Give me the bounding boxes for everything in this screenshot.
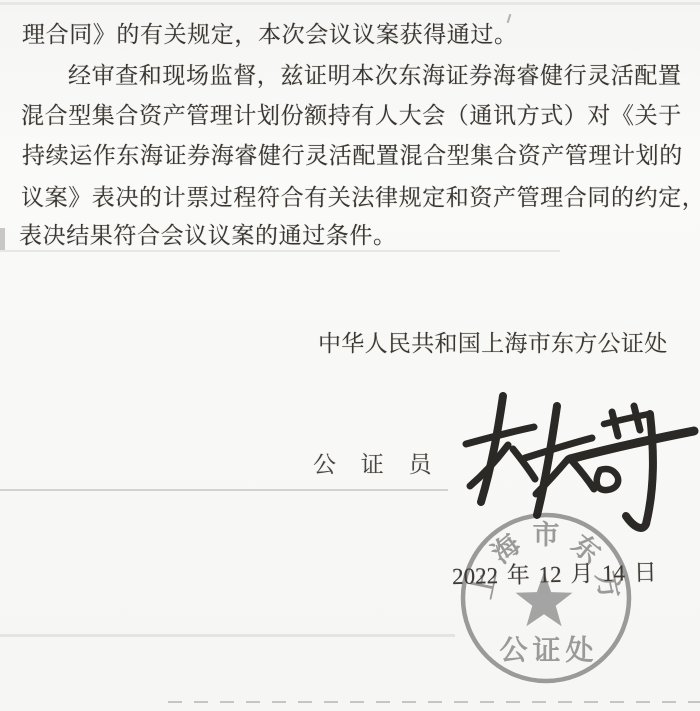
body-line: 经审查和现场监督，兹证明本次东海证券海睿健行灵活配置 xyxy=(68,57,682,90)
notary-role-label: 公 证 员 xyxy=(313,446,433,479)
scan-artifact-line xyxy=(0,489,448,491)
body-line: 议案》表决的计票过程符合有关法律规定和资产管理合同的约定， xyxy=(21,179,700,212)
scan-artifact-band xyxy=(0,634,455,637)
body-line: 理合同》的有关规定，本次会议议案获得通过。 xyxy=(22,16,518,49)
seal-bottom-text: 公证处 xyxy=(499,635,598,667)
scan-artifact-dotted-line xyxy=(168,701,700,703)
body-line: 表决结果符合会议议案的通过条件。 xyxy=(19,217,397,250)
notary-signature xyxy=(448,375,700,540)
scan-artifact-edge-smudge xyxy=(0,228,5,250)
scan-artifact-top-streak xyxy=(0,2,700,5)
notarial-document-page: 理合同》的有关规定，本次会议议案获得通过。 经审查和现场监督，兹证明本次东海证券… xyxy=(0,0,700,711)
scan-artifact-band xyxy=(0,250,560,252)
body-line: 混合型集合资产管理计划份额持有人大会（通讯方式）对《关于 xyxy=(21,97,682,130)
document-date: 2022 年 12 月 14 日 xyxy=(452,554,657,591)
body-line: 持续运作东海证券海睿健行灵活配置混合型集合资产管理计划的 xyxy=(22,137,683,170)
issuer-line: 中华人民共和国上海市东方公证处 xyxy=(318,325,668,358)
